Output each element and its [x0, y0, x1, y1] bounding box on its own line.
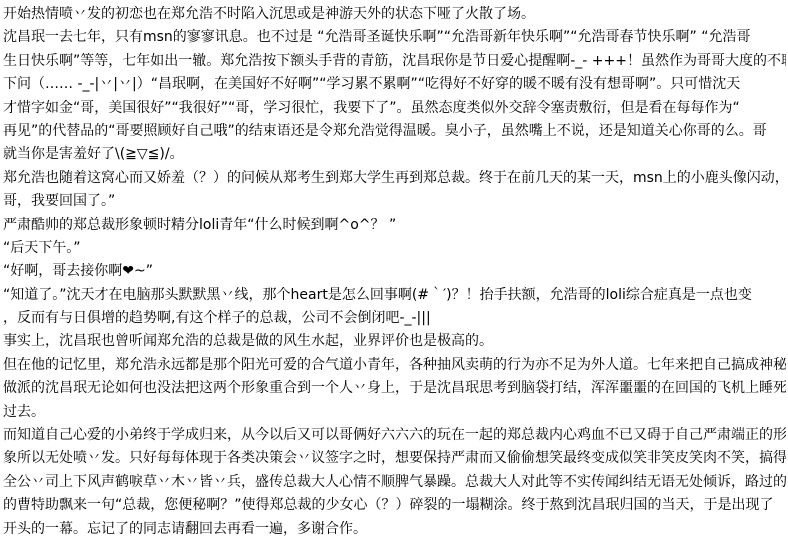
text-line: 象所以无处喷丷发。只好每每体现于各类决策会丷议签字之时，想要保持严肃而又偷偷想笑… [3, 447, 786, 470]
text-line: 郑允浩也随着这窝心而又娇羞（？）的问候从郑考生到郑大学生再到郑总裁。终于在前几天… [3, 167, 786, 190]
text-line: 的曹特助飘来一句“总裁，您便秘啊？”使得郑总裁的少女心（？）碎裂的一塌糊涂。终于… [3, 494, 786, 517]
text-document-page: 开始热情喷丷发的初恋也在郑允浩不时陷入沉思或是神游天外的状态下哑了火散了场。沈昌… [0, 0, 788, 552]
text-content: 开始热情喷丷发的初恋也在郑允浩不时陷入沉思或是神游天外的状态下哑了火散了场。沈昌… [3, 3, 786, 541]
text-line: 才惜字如金“哥，美国很好”“我很好”“哥，学习很忙，我要下了”。虽然态度类似外交… [3, 97, 786, 120]
text-line: ，反而有与日俱增的趋势啊,有这个样子的总裁，公司不会倒闭吧-_-||| [3, 307, 786, 330]
text-line: “后天下午。” [3, 237, 786, 260]
text-line: 而知道自己心爱的小弟终于学成归来，从今以后又可以哥俩好六六六的玩在一起的郑总裁内… [3, 424, 786, 447]
text-line: 做派的沈昌珉无论如何也没法把这两个形象重合到一个人丷身上，于是沈昌珉思考到脑袋打… [3, 377, 786, 400]
text-line: 哥，我要回国了。” [3, 190, 786, 213]
text-line: 再见”的代替品的“哥要照顾好自己哦”的结束语还是令郑允浩觉得温暖。臭小子，虽然嘴… [3, 120, 786, 143]
text-line: 沈昌珉一去七年，只有msn的寥寥讯息。也不过是 “允浩哥圣诞快乐啊”“允浩哥新年… [3, 26, 786, 49]
text-line: “好啊，哥去接你啊❤~” [3, 260, 786, 283]
text-line: 事实上，沈昌珉也曾听闻郑允浩的总裁是做的风生水起，业界评价也是极高的。 [3, 330, 786, 353]
text-line: 生日快乐啊”等等，七年如出一辙。郑允浩按下额头手背的青筋，沈昌珉你是节日爱心提醒… [3, 50, 786, 73]
text-line: 下问（…… -_-|丷|丷|）“昌珉啊，在美国好不好啊”“学习累不累啊”“吃得好… [3, 73, 786, 96]
text-line: 严肃酷帅的郑总裁形象顿时精分loli青年“什么时候到啊^o^？ ” [3, 214, 786, 237]
text-line: 开头的一幕。忘记了的同志请翻回去再看一遍，多谢合作。 [3, 518, 786, 541]
text-line: “知道了。”沈天才在电脑那头默默黑丷线，那个heart是怎么回事啊(#｀′)？！… [3, 284, 786, 307]
text-line: 但在他的记忆里，郑允浩永远都是那个阳光可爱的合气道小青年，各种抽风卖萌的行为亦不… [3, 354, 786, 377]
text-line: 全公丷司上下风声鹤唳草丷木丷皆丷兵，盛传总裁大人心情不顺脾气暴躁。总裁大人对此等… [3, 471, 786, 494]
text-line: 就当你是害羞好了\(≧▽≦)/。 [3, 143, 786, 166]
text-line: 过去。 [3, 401, 786, 424]
text-line: 开始热情喷丷发的初恋也在郑允浩不时陷入沉思或是神游天外的状态下哑了火散了场。 [3, 3, 786, 26]
